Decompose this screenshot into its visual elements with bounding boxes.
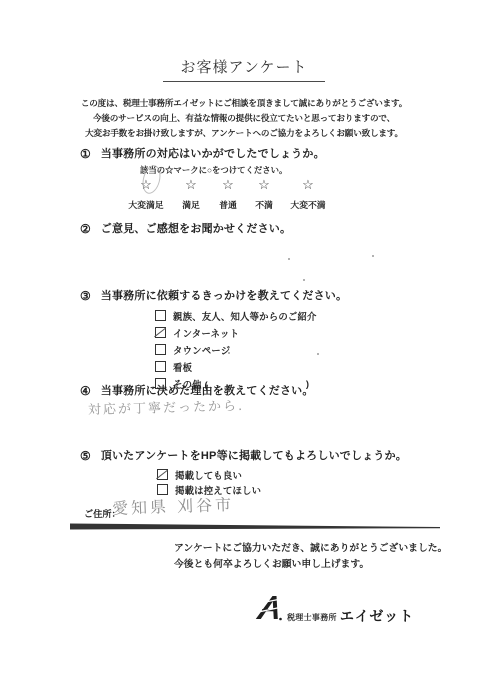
rating-option-dissatisfied[interactable]: ☆ 不満 — [246, 177, 282, 211]
checkbox-icon[interactable] — [155, 310, 166, 321]
closing-line-1: アンケートにご協力いただき、誠にありがとうございました。 — [174, 541, 447, 557]
question-1-text: 当事務所の対応はいかがでしたでしょうか。 — [101, 147, 325, 161]
checkbox-option-townpage[interactable]: タウンページ — [155, 341, 317, 358]
address-underline — [70, 519, 442, 537]
handwritten-answer-q4: 対応が丁寧だったから. — [88, 395, 245, 418]
rating-option-neutral[interactable]: ☆ 普通 — [210, 177, 246, 211]
scan-speck — [317, 353, 319, 355]
logo-office-type: 税理士事務所 — [287, 612, 337, 623]
question-3-options: 親族、友人、知人等からのご紹介 インターネット タウンページ 看板 その他 ( … — [155, 307, 317, 392]
star-icon[interactable]: ☆ — [185, 177, 197, 193]
company-logo: 税理士事務所 エイゼット — [252, 594, 414, 626]
logo-office-name: エイゼット — [340, 606, 414, 626]
checkbox-option-publish-ok[interactable]: 掲載しても良い — [157, 467, 261, 482]
question-1-number: ① — [80, 147, 91, 161]
question-3: ③ 当事務所に依頼するきっかけを教えてください。 — [80, 289, 347, 303]
checkbox-icon[interactable] — [155, 344, 166, 355]
question-5-number: ⑤ — [80, 449, 91, 463]
checkbox-option-signboard[interactable]: 看板 — [155, 358, 317, 375]
page-title: お客様アンケート — [163, 56, 324, 82]
question-1: ① 当事務所の対応はいかがでしたでしょうか。 — [80, 147, 325, 161]
rating-label: 大変不満 — [290, 198, 325, 211]
scan-speck — [288, 258, 290, 260]
scan-speck — [372, 255, 374, 257]
checkbox-checked-icon[interactable] — [157, 469, 168, 480]
rating-label: 満足 — [182, 198, 200, 211]
intro-line-3: 大変お手数をお掛け致しますが、アンケートへのご協力をよろしくお願い致します。 — [0, 126, 488, 141]
handwritten-address: 愛知県 刈谷市 — [112, 492, 235, 519]
question-1-instruction: 該当の☆マークに○をつけてください。 — [140, 164, 287, 176]
star-icon[interactable]: ☆ — [222, 177, 234, 193]
rating-option-satisfied[interactable]: ☆ 満足 — [172, 177, 210, 211]
star-icon[interactable]: ☆ — [258, 177, 270, 193]
checkbox-icon[interactable] — [155, 361, 166, 372]
intro-paragraph: この度は、税理士事務所エイゼットにご相談を頂きまして誠にありがとうございます。 … — [0, 96, 488, 141]
rating-option-very-dissatisfied[interactable]: ☆ 大変不満 — [282, 177, 334, 211]
checkbox-checked-icon[interactable] — [155, 327, 166, 338]
intro-line-2: 今後のサービスの向上、有益な情報の提供に役立てたいと思っておりますので、 — [0, 111, 488, 126]
question-4-number: ④ — [80, 384, 91, 398]
question-3-text: 当事務所に依頼するきっかけを教えてください。 — [101, 289, 347, 303]
scanned-survey-page: お客様アンケート この度は、税理士事務所エイゼットにご相談を頂きまして誠にありが… — [0, 0, 488, 690]
question-2: ② ご意見、ご感想をお聞かせください。 — [80, 222, 291, 236]
scan-speck — [303, 279, 305, 281]
rating-label: 普通 — [219, 198, 237, 211]
checkbox-option-referral[interactable]: 親族、友人、知人等からのご紹介 — [155, 307, 317, 324]
scan-speck — [228, 352, 230, 354]
star-icon[interactable]: ☆ — [302, 177, 314, 193]
question-3-number: ③ — [80, 289, 91, 303]
logo-mark-icon — [252, 594, 284, 626]
closing-message: アンケートにご協力いただき、誠にありがとうございました。 今後とも何卒よろしくお… — [174, 541, 447, 573]
question-5-text: 頂いたアンケートをHP等に掲載してもよろしいでしょうか。 — [101, 449, 407, 463]
checkbox-option-internet[interactable]: インターネット — [155, 324, 317, 341]
question-2-number: ② — [80, 222, 91, 236]
title-block: お客様アンケート — [0, 56, 488, 82]
closing-line-2: 今後とも何卒よろしくお願い申し上げます。 — [174, 557, 447, 573]
question-2-text: ご意見、ご感想をお聞かせください。 — [101, 222, 291, 236]
rating-label: 大変満足 — [128, 198, 163, 211]
rating-label: 不満 — [255, 198, 273, 211]
intro-line-1: この度は、税理士事務所エイゼットにご相談を頂きまして誠にありがとうございます。 — [0, 96, 488, 111]
question-5: ⑤ 頂いたアンケートをHP等に掲載してもよろしいでしょうか。 — [80, 449, 407, 463]
